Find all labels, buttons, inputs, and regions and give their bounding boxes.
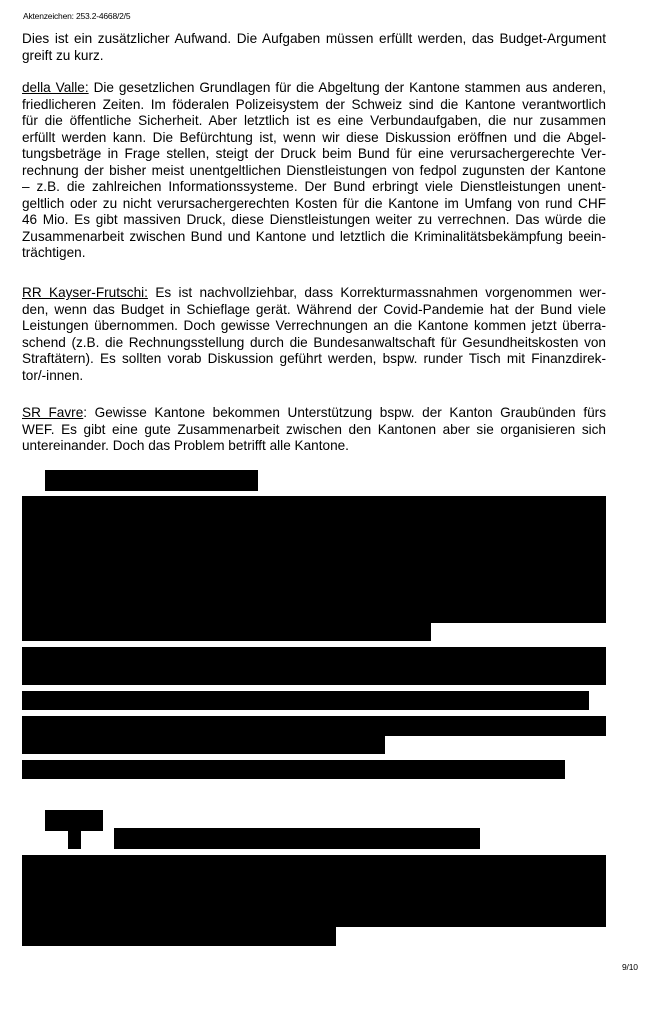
text-line: tor/-innen. xyxy=(22,368,606,385)
redacted-block xyxy=(68,831,81,849)
redacted-heading xyxy=(114,828,480,849)
text-line: – z.B. die zahlreichen Informationssyste… xyxy=(22,179,606,196)
text-line: trächtigen. xyxy=(22,245,606,262)
redacted-block xyxy=(22,647,606,685)
paragraph-favre: SR Favre: Gewisse Kantone bekommen Unter… xyxy=(22,405,606,455)
text-line: greift zu kurz. xyxy=(22,48,606,65)
text-line: della Valle: Die gesetzlichen Grundlagen… xyxy=(22,80,606,97)
text-line: für die öffentliche Sicherheit. Aber let… xyxy=(22,113,606,130)
redacted-block xyxy=(22,691,589,710)
speaker-name: SR Favre xyxy=(22,405,83,420)
redacted-block xyxy=(22,623,431,641)
paragraph-kayser-frutschi: RR Kayser-Frutschi: Es ist nachvollziehb… xyxy=(22,285,606,384)
text-fragment: Gewisse Kantone bekommen Unterstützung b… xyxy=(95,405,606,420)
text-line: tungsbeträge in Frage stellen, steigt de… xyxy=(22,146,606,163)
redacted-block xyxy=(22,760,565,779)
text-line: Dies ist ein zusätzlicher Aufwand. Die A… xyxy=(22,31,606,48)
redacted-heading-number xyxy=(45,810,103,831)
speaker-suffix: : xyxy=(83,405,87,420)
text-line: RR Kayser-Frutschi: Es ist nachvollziehb… xyxy=(22,285,606,302)
text-line: Straftätern). Es sollten vorab Diskussio… xyxy=(22,351,606,368)
reference-number: Aktenzeichen: 253.2-4668/2/5 xyxy=(23,11,130,21)
text-line: friedlicheren Zeiten. Im föderalen Poliz… xyxy=(22,97,606,114)
text-line: den, wenn das Budget in Schieflage gerät… xyxy=(22,302,606,319)
redacted-block xyxy=(22,496,606,623)
redacted-block xyxy=(22,736,385,754)
text-line: untereinander. Doch das Problem betrifft… xyxy=(22,438,606,455)
text-fragment: Die gesetzlichen Grundlagen für die Abge… xyxy=(94,80,606,95)
speaker-name: della Valle: xyxy=(22,80,89,95)
paragraph-intro: Dies ist ein zusätzlicher Aufwand. Die A… xyxy=(22,31,606,64)
text-line: schend (z.B. die Rechnungsstellung durch… xyxy=(22,335,606,352)
text-line: Leistungen übernommen. Doch gewisse Verr… xyxy=(22,318,606,335)
paragraph-della-valle: della Valle: Die gesetzlichen Grundlagen… xyxy=(22,80,606,262)
text-line: 46 Mio. Es gibt massiven Druck, diese Di… xyxy=(22,212,606,229)
redacted-heading xyxy=(45,470,258,491)
text-fragment: Es ist nachvollziehbar, dass Korrekturma… xyxy=(155,285,606,300)
text-line: rechnung der bisher meist unentgeltliche… xyxy=(22,163,606,180)
text-line: erfüllt werden kann. Die Befürchtung ist… xyxy=(22,130,606,147)
page-number: 9/10 xyxy=(622,962,638,972)
text-line: geltlich oder zu nicht verursachergerech… xyxy=(22,196,606,213)
speaker-name: RR Kayser-Frutschi: xyxy=(22,285,148,300)
text-line: WEF. Es gibt eine gute Zusammenarbeit zw… xyxy=(22,422,606,439)
redacted-block xyxy=(22,855,606,927)
redacted-block xyxy=(22,716,606,736)
text-line: SR Favre: Gewisse Kantone bekommen Unter… xyxy=(22,405,606,422)
text-line: Zusammenarbeit zwischen Bund und Kantone… xyxy=(22,229,606,246)
redacted-block xyxy=(22,927,336,946)
